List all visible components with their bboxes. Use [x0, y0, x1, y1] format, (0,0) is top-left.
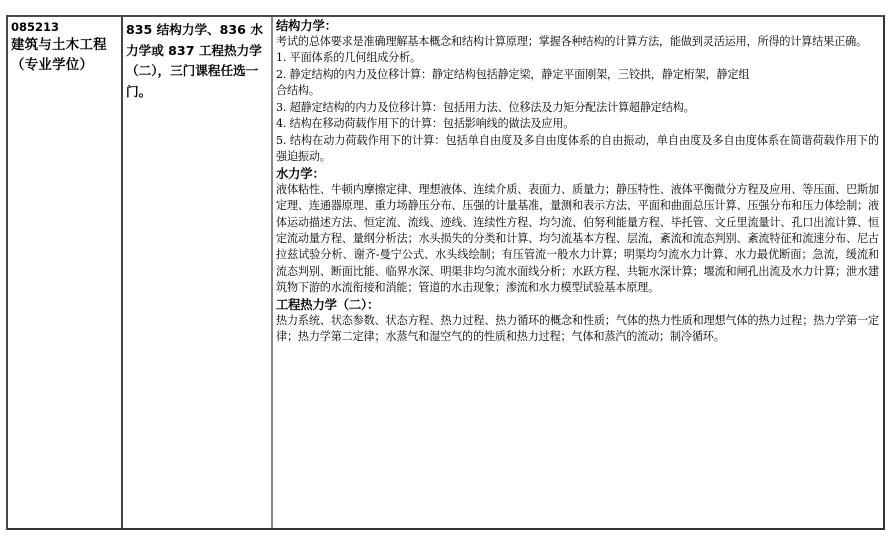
- program-name: 建筑与土木工程: [11, 36, 119, 56]
- hydraulics-heading: 水力学：: [276, 166, 879, 182]
- exam-subjects-cell: 835 结构力学、836 水力学或 837 工程热力学（二），三门课程任选一门。: [123, 17, 273, 528]
- structural-mechanics-heading: 结构力学：: [276, 18, 879, 34]
- structural-mechanics-item: 3. 超静定结构的内力及位移计算：包括用力法、位移法及力矩分配法计算超静定结构。: [276, 100, 879, 116]
- structural-mechanics-item: 4. 结构在移动荷载作用下的计算：包括影响线的做法及应用。: [276, 116, 879, 132]
- program-code: 085213: [11, 19, 119, 36]
- syllabus-table: 085213 建筑与土木工程 （专业学位） 835 结构力学、836 水力学或 …: [6, 15, 885, 530]
- syllabus-cell: 结构力学： 考试的总体要求是准确理解基本概念和结构计算原理；掌握各种结构的计算方…: [273, 17, 883, 528]
- thermodynamics-heading: 工程热力学（二）：: [276, 297, 879, 313]
- program-type: （专业学位）: [11, 56, 119, 76]
- structural-mechanics-intro: 考试的总体要求是准确理解基本概念和结构计算原理；掌握各种结构的计算方法，能做到灵…: [276, 34, 879, 50]
- structural-mechanics-item: 1. 平面体系的几何组成分析。: [276, 50, 879, 66]
- exam-subjects-text: 835 结构力学、836 水力学或 837 工程热力学（二），三门课程任选一门。: [126, 20, 269, 102]
- program-cell: 085213 建筑与土木工程 （专业学位）: [8, 17, 123, 528]
- thermodynamics-body: 热力系统、状态参数、状态方程、热力过程、热力循环的概念和性质；气体的热力性质和理…: [276, 313, 879, 346]
- hydraulics-body: 液体粘性、牛顿内摩擦定律、理想液体、连续介质、表面力、质量力；静压特性、液体平衡…: [276, 182, 879, 297]
- structural-mechanics-item: 5. 结构在动力荷载作用下的计算：包括单自由度及多自由度体系的自由振动，单自由度…: [276, 133, 879, 166]
- structural-mechanics-item: 合结构。: [276, 83, 879, 99]
- structural-mechanics-item: 2. 静定结构的内力及位移计算：静定结构包括静定梁，静定平面刚架，三铰拱，静定桁…: [276, 67, 879, 83]
